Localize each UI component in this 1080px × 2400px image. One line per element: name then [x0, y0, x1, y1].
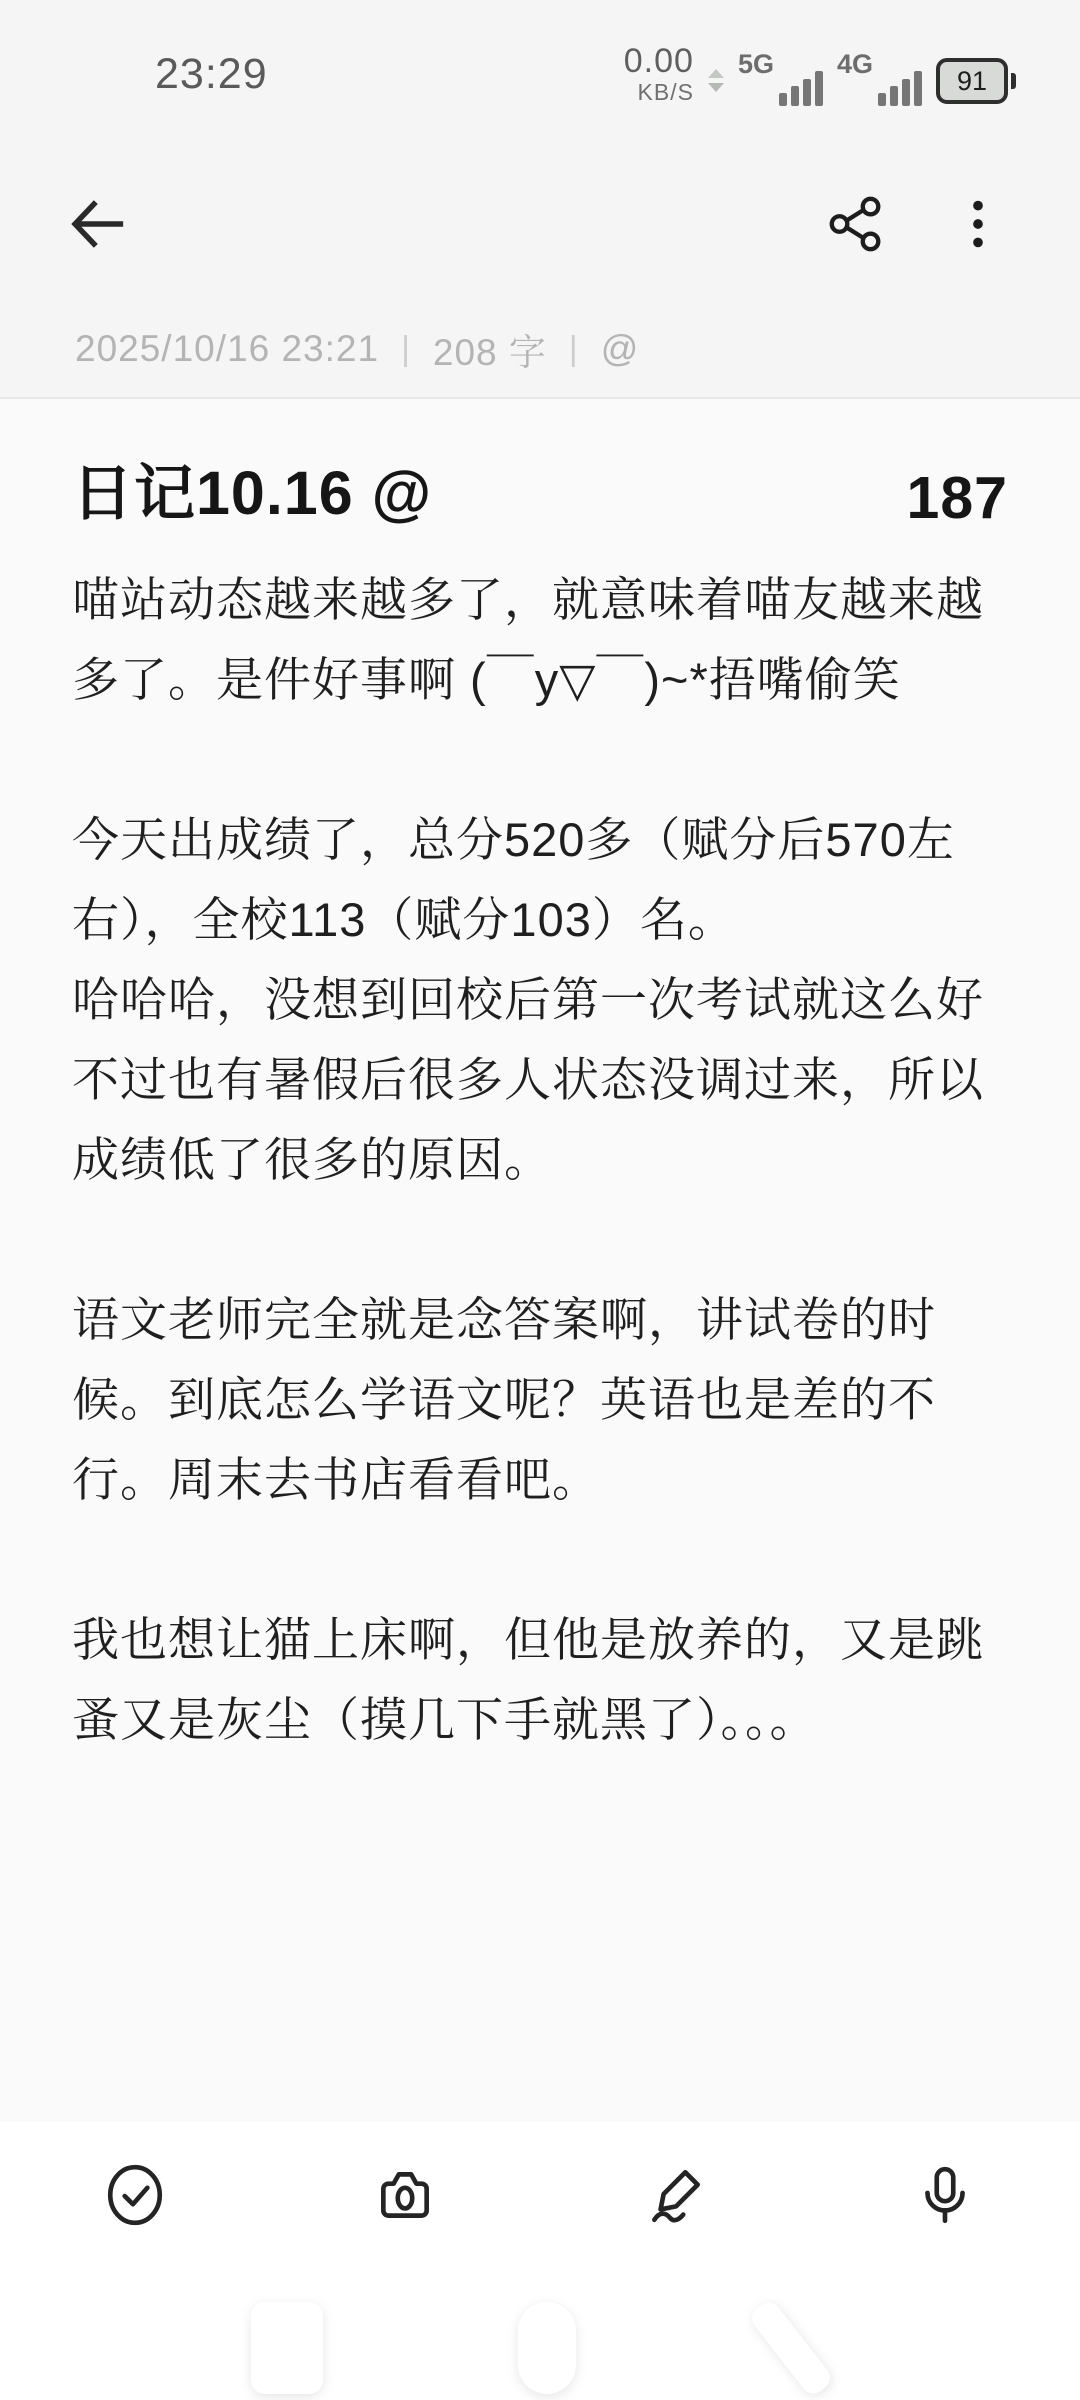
doodle-button[interactable]: [636, 2156, 714, 2234]
battery-percent: 91: [957, 66, 987, 97]
status-bar: 23:29 0.00 KB/S 5G 4G 91: [0, 0, 1080, 112]
more-menu-button[interactable]: [942, 188, 1014, 260]
note-body[interactable]: 喵站动态越来越多了，就意味着喵友越来越 多了。是件好事啊 (￣y▽￣)~*捂嘴偷…: [72, 560, 1008, 1760]
camera-icon: [372, 2162, 438, 2228]
sim2-label: 4G: [837, 49, 873, 80]
meta-separator: |: [401, 330, 411, 369]
note-paragraph: 今天出成绩了，总分520多（赋分后570左 右），全校113（赋分103）名。 …: [72, 800, 1008, 1200]
battery-icon: 91: [936, 58, 1016, 104]
todo-checklist-button[interactable]: [96, 2156, 174, 2234]
note-title: 日记10.16 @: [72, 445, 432, 532]
note-meta-row: 2025/10/16 23:21 | 208 字 | @: [75, 322, 639, 376]
nav-home-button[interactable]: [518, 2302, 576, 2394]
kebab-menu-icon: [947, 193, 1009, 255]
header: 23:29 0.00 KB/S 5G 4G 91: [0, 0, 1080, 399]
note-content[interactable]: 日记10.16 @ 187 喵站动态越来越多了，就意味着喵友越来越 多了。是件好…: [0, 399, 1080, 2122]
network-speed-value: 0.00: [624, 44, 694, 78]
note-counter: 187: [907, 464, 1008, 532]
note-paragraph: 语文老师完全就是念答案啊，讲试卷的时 候。到底怎么学语文呢？英语也是差的不 行。…: [72, 1280, 1008, 1520]
microphone-icon: [912, 2162, 978, 2228]
note-word-count: 208 字: [433, 322, 547, 376]
check-circle-icon: [102, 2162, 168, 2228]
note-tag[interactable]: @: [601, 328, 640, 370]
signal-4g-icon: 4G: [837, 71, 922, 106]
note-paragraph: 我也想让猫上床啊，但他是放养的，又是跳 蚤又是灰尘（摸几下手就黑了）。。。: [72, 1600, 1008, 1760]
signal-5g-icon: 5G: [738, 71, 823, 106]
camera-button[interactable]: [366, 2156, 444, 2234]
voice-record-button[interactable]: [906, 2156, 984, 2234]
notes-app-screen: 23:29 0.00 KB/S 5G 4G 91: [0, 0, 1080, 2400]
share-icon: [825, 193, 887, 255]
share-button[interactable]: [820, 188, 892, 260]
back-button[interactable]: [62, 188, 134, 260]
note-title-row: 日记10.16 @ 187: [72, 445, 1008, 532]
status-icons: 0.00 KB/S 5G 4G 91: [624, 44, 1016, 106]
data-activity-icon: [708, 69, 724, 92]
meta-separator: |: [569, 330, 579, 369]
network-speed-unit: KB/S: [638, 81, 694, 104]
back-arrow-icon: [63, 189, 133, 259]
sim1-label: 5G: [738, 49, 774, 80]
clock: 23:29: [155, 50, 268, 99]
pen-doodle-icon: [642, 2162, 708, 2228]
nav-recents-button[interactable]: [251, 2302, 323, 2394]
note-datetime: 2025/10/16 23:21: [75, 328, 379, 370]
network-speed: 0.00 KB/S: [624, 44, 694, 104]
note-paragraph: 喵站动态越来越多了，就意味着喵友越来越 多了。是件好事啊 (￣y▽￣)~*捂嘴偷…: [72, 560, 1008, 720]
